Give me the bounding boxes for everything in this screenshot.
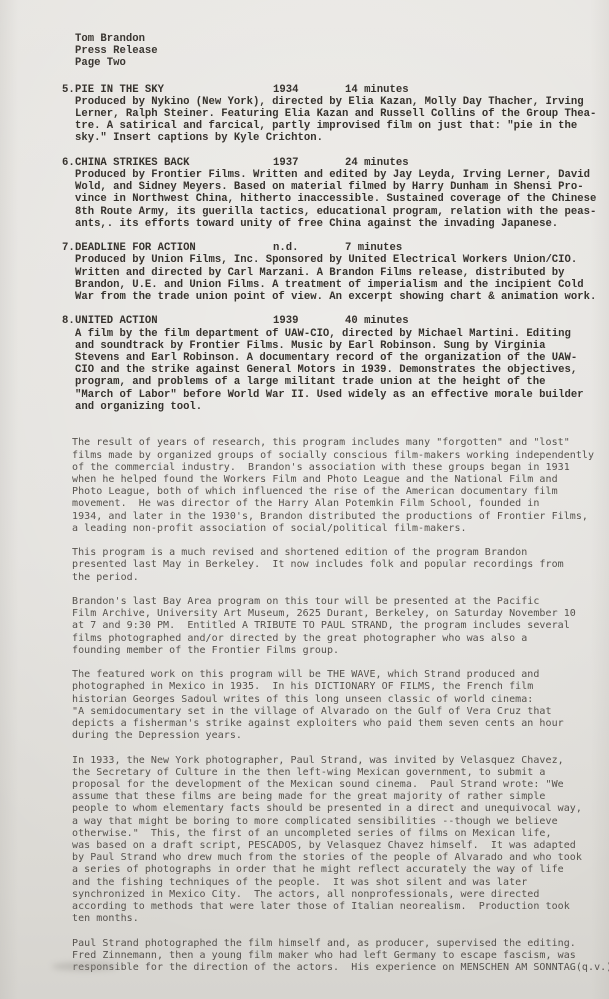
entry-year: n.d.	[273, 242, 345, 254]
entry-year: 1939	[273, 315, 345, 327]
film-entry-7: 7. DEADLINE FOR ACTION n.d. 7 minutes Pr…	[0, 242, 609, 303]
paragraph-the-wave: The featured work on this program will b…	[72, 669, 609, 742]
entry-description: Produced by Nykino (New York), directed …	[75, 96, 609, 145]
entry-description: A film by the film department of UAW-CIO…	[75, 328, 609, 413]
film-entry-8: 8. UNITED ACTION 1939 40 minutes A film …	[0, 315, 609, 413]
entry-duration: 24 minutes	[345, 157, 609, 169]
entry-description: Produced by Frontier Films. Written and …	[75, 169, 609, 230]
entry-title: DEADLINE FOR ACTION	[75, 242, 273, 254]
paragraph-pacific-film-archive: Brandon's last Bay Area program on this …	[72, 596, 609, 657]
paragraph-research: The result of years of research, this pr…	[72, 437, 609, 535]
paragraph-program-revision: This program is a much revised and short…	[72, 547, 609, 584]
film-entry-heading: 8. UNITED ACTION 1939 40 minutes	[0, 315, 609, 327]
entry-duration: 7 minutes	[345, 242, 609, 254]
film-entry-5: 5. PIE IN THE SKY 1934 14 minutes Produc…	[0, 84, 609, 145]
paragraph-paul-strand-1933: In 1933, the New York photographer, Paul…	[72, 755, 609, 926]
entry-duration: 40 minutes	[345, 315, 609, 327]
film-entry-heading: 7. DEADLINE FOR ACTION n.d. 7 minutes	[0, 242, 609, 254]
entry-title: UNITED ACTION	[75, 315, 273, 327]
entry-title: PIE IN THE SKY	[75, 84, 273, 96]
film-entry-heading: 5. PIE IN THE SKY 1934 14 minutes	[0, 84, 609, 96]
filmography-list: 5. PIE IN THE SKY 1934 14 minutes Produc…	[0, 84, 609, 413]
entry-number: 6.	[62, 157, 75, 169]
film-entry-6: 6. CHINA STRIKES BACK 1937 24 minutes Pr…	[0, 157, 609, 230]
paragraph-strand-zinnemann: Paul Strand photographed the film himsel…	[72, 938, 609, 975]
entry-number: 8.	[62, 315, 75, 327]
entry-title: CHINA STRIKES BACK	[75, 157, 273, 169]
entry-year: 1934	[273, 84, 345, 96]
film-entry-heading: 6. CHINA STRIKES BACK 1937 24 minutes	[0, 157, 609, 169]
entry-number: 7.	[62, 242, 75, 254]
entry-description: Produced by Union Films, Inc. Sponsored …	[75, 254, 609, 303]
entry-number: 5.	[62, 84, 75, 96]
entry-duration: 14 minutes	[345, 84, 609, 96]
body-text: The result of years of research, this pr…	[72, 437, 609, 974]
document-header: Tom Brandon Press Release Page Two	[0, 0, 609, 70]
entry-year: 1937	[273, 157, 345, 169]
press-release-page: Tom Brandon Press Release Page Two 5. PI…	[0, 0, 609, 999]
